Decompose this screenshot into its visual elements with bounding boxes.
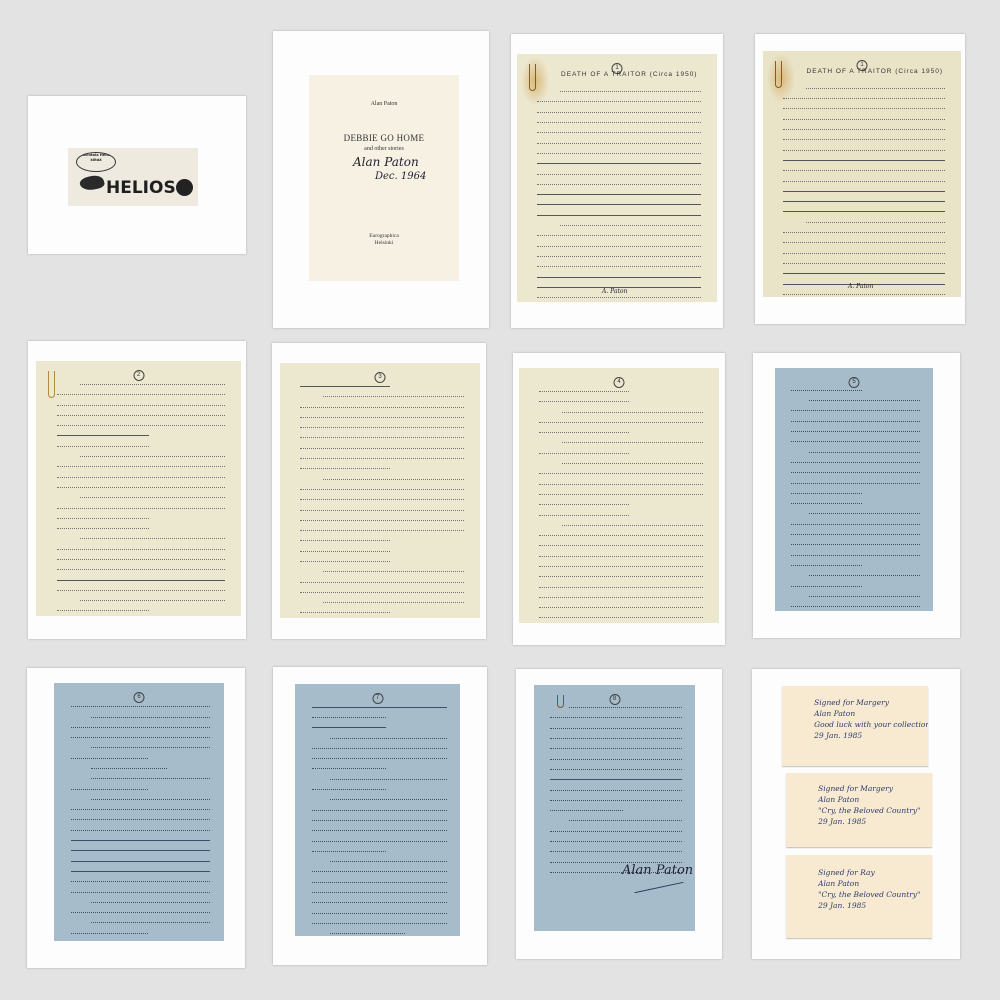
initials-signature: A. Paton (848, 283, 873, 290)
handwritten-text (791, 390, 921, 592)
handwritten-text (57, 384, 225, 596)
manuscript-heading: DEATH OF A TRAITOR (Circa 1950) (561, 71, 697, 78)
manuscript-page-3: 3 (280, 363, 480, 618)
manuscript-page-8: 8 Alan Paton (534, 685, 695, 931)
envelope-mount: Ravintola Helios kiitää HELIOS (28, 96, 246, 254)
card-signature: Alan Paton (818, 794, 920, 805)
handwritten-text (539, 391, 703, 603)
card-signature: Alan Paton (818, 878, 920, 889)
card-note: Good luck with your collection (814, 719, 928, 730)
page-number: 6 (134, 692, 145, 703)
card-dedication: Signed for Margery (814, 697, 928, 708)
card-date: 29 Jan. 1985 (814, 730, 928, 741)
card-dedication: Signed for Ray (818, 867, 920, 878)
author-signature: Alan Paton (622, 863, 693, 878)
manuscript-p2-mount: 2 (28, 341, 246, 639)
handwritten-text (537, 91, 701, 282)
manuscript-p7-mount: 7 (273, 667, 487, 965)
paperclip-icon (557, 695, 564, 708)
signature-flourish (634, 882, 683, 893)
card-date: 29 Jan. 1985 (818, 816, 920, 827)
handwritten-text (71, 706, 210, 920)
card-dedication: Signed for Margery (818, 783, 920, 794)
manuscript-p1b-mount: 1 DEATH OF A TRAITOR (Circa 1950) A. Pat… (755, 34, 965, 324)
page-number: 4 (614, 377, 625, 388)
inscription-signature: Alan Paton (353, 155, 419, 169)
page-number: 7 (372, 693, 383, 704)
manuscript-p1a-mount: 1 DEATH OF A TRAITOR (Circa 1950) A. Pat… (511, 34, 723, 328)
page-number: 5 (849, 377, 860, 388)
manuscript-heading: DEATH OF A TRAITOR (Circa 1950) (807, 68, 943, 75)
page-number: 3 (375, 372, 386, 383)
title-page-mount: Alan Paton DEBBIE GO HOME and other stor… (273, 31, 489, 328)
manuscript-p4-mount: 4 (513, 353, 725, 645)
page-number: 8 (609, 694, 620, 705)
manuscript-page-7: 7 (295, 684, 460, 936)
helios-brand-text: HELIOS (106, 178, 176, 198)
handwritten-text (312, 707, 447, 916)
signed-card-3: Signed for Ray Alan Paton "Cry, the Belo… (786, 855, 932, 938)
paperclip-icon (48, 371, 55, 398)
signed-cards-mount: Signed for Margery Alan Paton Good luck … (752, 669, 960, 959)
publisher-name: Eurographica (309, 233, 459, 239)
manuscript-p8-mount: 8 Alan Paton (516, 669, 722, 959)
manuscript-page-4: 4 (519, 368, 719, 623)
inscription-date: Dec. 1964 (375, 171, 426, 182)
card-date: 29 Jan. 1985 (818, 900, 920, 911)
initials-signature: A. Paton (602, 288, 627, 295)
paperclip-icon (529, 64, 536, 91)
handwritten-text (550, 707, 682, 852)
signed-card-1: Signed for Margery Alan Paton Good luck … (782, 686, 928, 766)
author-name: Alan Paton (309, 101, 459, 107)
handwritten-text (300, 386, 464, 598)
page-number: 2 (133, 370, 144, 381)
manuscript-p3-mount: 3 (272, 343, 486, 639)
manuscript-page-1b: 1 DEATH OF A TRAITOR (Circa 1950) A. Pat… (763, 51, 961, 297)
paperclip-icon (775, 61, 782, 88)
card-signature: Alan Paton (814, 708, 928, 719)
handwritten-text (783, 88, 945, 277)
helios-circle-logo-icon (176, 179, 193, 196)
manuscript-p6-mount: 6 (27, 668, 245, 968)
card-note: "Cry, the Beloved Country" (818, 805, 920, 816)
helios-label: Ravintola Helios kiitää HELIOS (68, 148, 198, 206)
title-page: Alan Paton DEBBIE GO HOME and other stor… (309, 75, 459, 281)
signed-card-2: Signed for Margery Alan Paton "Cry, the … (786, 773, 932, 847)
manuscript-page-6: 6 (54, 683, 224, 941)
card-note: "Cry, the Beloved Country" (818, 889, 920, 900)
book-subtitle: and other stories (309, 146, 459, 152)
book-title: DEBBIE GO HOME (309, 133, 459, 143)
speech-bubble: Ravintola Helios kiitää (76, 152, 116, 172)
manuscript-page-1a: 1 DEATH OF A TRAITOR (Circa 1950) A. Pat… (517, 54, 717, 302)
publisher-city: Helsinki (309, 240, 459, 246)
manuscript-page-2: 2 (36, 361, 241, 616)
manuscript-page-5: 5 (775, 368, 933, 611)
bird-logo-icon (79, 173, 106, 193)
manuscript-p5-mount: 5 (753, 353, 960, 638)
